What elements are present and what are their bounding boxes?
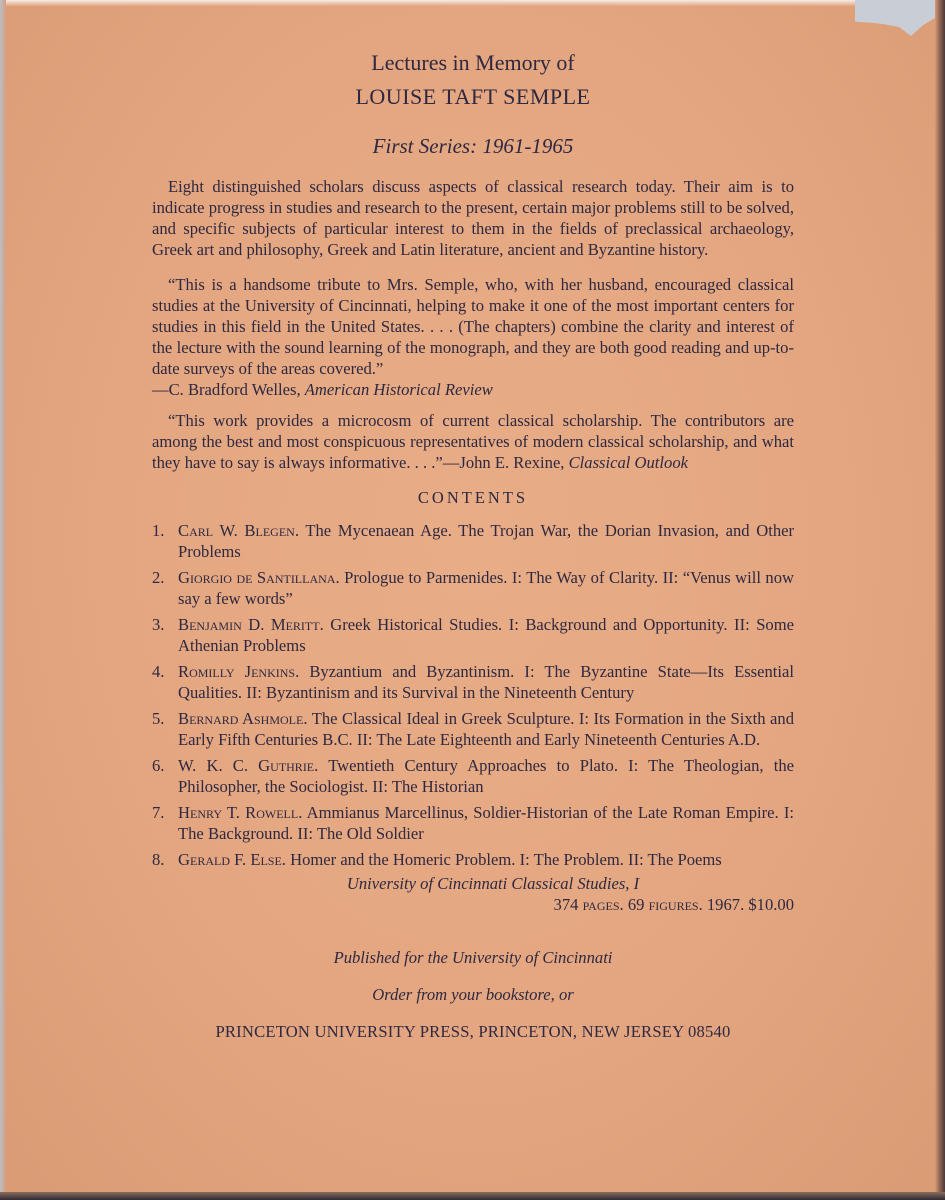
review-1-source: American Historical Review bbox=[305, 380, 493, 399]
contents-item-text: Henry T. Rowell. Ammianus Marcellinus, S… bbox=[178, 802, 794, 844]
series-subtitle: First Series: 1961-1965 bbox=[152, 132, 794, 160]
review-2-author: —John E. Rexine, bbox=[443, 453, 569, 472]
contents-item: 7. Henry T. Rowell. Ammianus Marcellinus… bbox=[152, 802, 794, 844]
contents-item-text: Romilly Jenkins. Byzantium and Byzantini… bbox=[178, 661, 794, 703]
figure-count: 69 bbox=[628, 895, 645, 914]
book-back-cover: Lectures in Memory of LOUISE TAFT SEMPLE… bbox=[0, 0, 945, 1200]
review-1: “This is a handsome tribute to Mrs. Semp… bbox=[152, 274, 794, 400]
torn-corner bbox=[855, 0, 935, 60]
contents-item: 6. W. K. C. Guthrie. Twentieth Century A… bbox=[152, 755, 794, 797]
worn-top-edge bbox=[0, 0, 945, 6]
publisher-address: PRINCETON UNIVERSITY PRESS, PRINCETON, N… bbox=[152, 1021, 794, 1042]
contents-item-author: Gerald F. Else bbox=[178, 850, 282, 869]
contents-item-author: W. K. C. Guthrie bbox=[178, 756, 314, 775]
contents-item-author: Giorgio de Santillana bbox=[178, 568, 335, 587]
review-1-attribution: —C. Bradford Welles, American Historical… bbox=[152, 379, 794, 400]
contents-item-title: Homer and the Homeric Problem. I: The Pr… bbox=[290, 850, 722, 869]
contents-item-number: 3. bbox=[152, 614, 178, 656]
page-count: 374 bbox=[554, 895, 579, 914]
worn-left-edge bbox=[0, 0, 6, 1200]
contents-item-text: W. K. C. Guthrie. Twentieth Century Appr… bbox=[178, 755, 794, 797]
cover-content: Lectures in Memory of LOUISE TAFT SEMPLE… bbox=[152, 48, 794, 1042]
review-1-quote: “This is a handsome tribute to Mrs. Semp… bbox=[152, 275, 794, 378]
contents-item-number: 6. bbox=[152, 755, 178, 797]
contents-list: 1. Carl W. Blegen. The Mycenaean Age. Th… bbox=[152, 520, 794, 870]
contents-item: 3. Benjamin D. Meritt. Greek Historical … bbox=[152, 614, 794, 656]
contents-item-text: Bernard Ashmole. The Classical Ideal in … bbox=[178, 708, 794, 750]
contents-item: 4. Romilly Jenkins. Byzantium and Byzant… bbox=[152, 661, 794, 703]
title-line-2: LOUISE TAFT SEMPLE bbox=[152, 82, 794, 112]
contents-item-number: 8. bbox=[152, 849, 178, 870]
contents-item-number: 7. bbox=[152, 802, 178, 844]
figure-count-label: figures bbox=[649, 895, 699, 914]
publication-year: 1967 bbox=[707, 895, 740, 914]
contents-item-author: Henry T. Rowell bbox=[178, 803, 298, 822]
contents-item-text: Carl W. Blegen. The Mycenaean Age. The T… bbox=[178, 520, 794, 562]
contents-item-author: Bernard Ashmole bbox=[178, 709, 303, 728]
page-count-label: pages bbox=[583, 895, 620, 914]
contents-item-number: 1. bbox=[152, 520, 178, 562]
published-for: Published for the University of Cincinna… bbox=[152, 947, 794, 968]
order-note: Order from your bookstore, or bbox=[152, 984, 794, 1005]
contents-item-text: Giorgio de Santillana. Prologue to Parme… bbox=[178, 567, 794, 609]
contents-item: 1. Carl W. Blegen. The Mycenaean Age. Th… bbox=[152, 520, 794, 562]
contents-item-author: Carl W. Blegen bbox=[178, 521, 295, 540]
title-line-1: Lectures in Memory of bbox=[152, 48, 794, 78]
contents-item-number: 2. bbox=[152, 567, 178, 609]
price: $10.00 bbox=[748, 895, 794, 914]
review-2: “This work provides a microcosm of curre… bbox=[152, 410, 794, 473]
worn-right-edge bbox=[935, 0, 945, 1200]
contents-item: 5. Bernard Ashmole. The Classical Ideal … bbox=[152, 708, 794, 750]
contents-item: 8. Gerald F. Else. Homer and the Homeric… bbox=[152, 849, 794, 870]
contents-item-author: Benjamin D. Meritt bbox=[178, 615, 320, 634]
contents-heading: CONTENTS bbox=[152, 487, 794, 508]
worn-bottom-edge bbox=[0, 1192, 945, 1200]
review-2-source: Classical Outlook bbox=[569, 453, 688, 472]
contents-item-number: 5. bbox=[152, 708, 178, 750]
description-paragraph: Eight distinguished scholars discuss asp… bbox=[152, 176, 794, 260]
review-1-author: —C. Bradford Welles, bbox=[152, 380, 305, 399]
contents-item: 2. Giorgio de Santillana. Prologue to Pa… bbox=[152, 567, 794, 609]
contents-item-text: Benjamin D. Meritt. Greek Historical Stu… bbox=[178, 614, 794, 656]
contents-item-number: 4. bbox=[152, 661, 178, 703]
contents-item-text: Gerald F. Else. Homer and the Homeric Pr… bbox=[178, 849, 794, 870]
contents-item-author: Romilly Jenkins bbox=[178, 662, 295, 681]
book-details: 374 pages. 69 figures. 1967. $10.00 bbox=[152, 894, 794, 915]
series-note: University of Cincinnati Classical Studi… bbox=[152, 873, 794, 894]
